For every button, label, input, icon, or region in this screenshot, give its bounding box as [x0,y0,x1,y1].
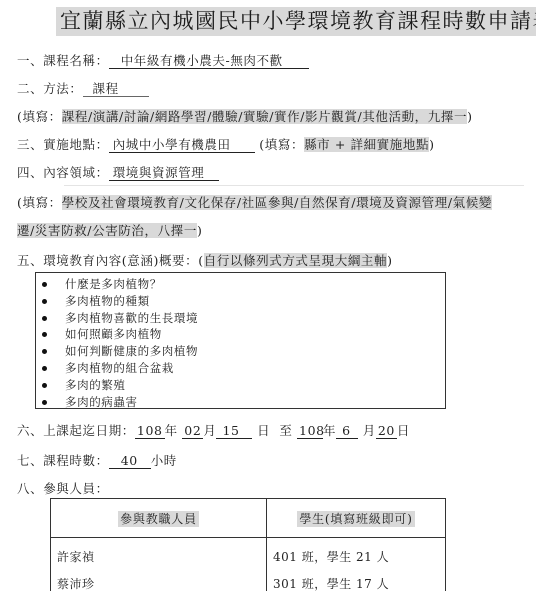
list-item: 多肉植物的組合盆栽 [36,360,445,377]
end-year[interactable]: 108 [297,424,323,439]
domain-options-1: 學校及社會環境教育/文化保存/社區參與/自然保育/環境及資源管理/氣候變 [62,195,492,210]
bullet-icon [42,332,47,337]
hours-value[interactable]: 40 [109,454,151,469]
method-hint: (填寫：課程/演講/討論/網路學習/體驗/實驗/實作/影片觀賞/其他活動，九擇一… [17,108,473,126]
domain-value[interactable]: 環境與資源管理 [109,166,219,181]
students-cell[interactable]: 301 班，學生 17 人 [267,570,446,591]
course-name-value[interactable]: 中年級有機小農夫-無肉不歡 [109,54,309,69]
location-hint: 縣市 + 詳細實施地點 [304,137,429,152]
staff-cell[interactable]: 許家禎 [51,538,267,571]
bullet-icon [42,316,47,321]
bullet-icon [42,349,47,354]
bullet-icon [42,299,47,304]
start-day[interactable]: 15 [216,424,252,439]
content-hint: 自行以條列式方式呈現大綱主軸 [204,253,387,268]
dates-row: 六、上課起迄日期：108年 02月15 日 至 108年6 月20日 [17,422,410,440]
method-value[interactable]: 課程 [83,82,149,97]
list-item: 多肉的病蟲害 [36,394,445,411]
bullet-icon [42,383,47,388]
bullet-icon [42,400,47,405]
domain-options-2: 遷/災害防救/公害防治，八擇一 [17,223,197,238]
list-item: 多肉的繁殖 [36,377,445,394]
list-item: 什麼是多肉植物？ [36,276,445,293]
domain-label: 四、內容領域： [17,165,109,180]
course-name-label: 一、課程名稱： [17,53,109,68]
location-value[interactable]: 內城中小學有機農田 [109,138,255,153]
list-item: 多肉植物喜歡的生長環境 [36,310,445,327]
end-day[interactable]: 20 [376,424,397,439]
domain-hint-line1: (填寫：學校及社會環境教育/文化保存/社區參與/自然保育/環境及資源管理/氣候變 [17,194,492,212]
end-month[interactable]: 6 [336,424,358,439]
start-year[interactable]: 108 [135,424,165,439]
hours-row: 七、課程時數：40小時 [17,452,177,470]
list-item: 多肉植物的種類 [36,293,445,310]
content-outline-box[interactable]: 什麼是多肉植物？ 多肉植物的種類 多肉植物喜歡的生長環境 如何照顧多肉植物 如何… [35,272,446,409]
table-row: 蔡沛珍 301 班，學生 17 人 [51,570,446,591]
list-item: 如何照顧多肉植物 [36,326,445,343]
staff-cell[interactable]: 蔡沛珍 [51,570,267,591]
method-options: 課程/演講/討論/網路學習/體驗/實驗/實作/影片觀賞/其他活動，九擇一 [62,109,467,124]
header-students: 學生(填寫班級即可) [267,499,446,538]
table-row: 許家禎 401 班，學生 21 人 [51,538,446,571]
method-label: 二、方法： [17,81,83,96]
page-title: 宜蘭縣立內城國民中小學環境教育課程時數申請表 [56,7,536,36]
content-label: 五、環境教育內容(意涵)概要：( [17,253,204,268]
students-cell[interactable]: 401 班，學生 21 人 [267,538,446,571]
start-month[interactable]: 02 [182,424,203,439]
list-item: 如何判斷健康的多肉植物 [36,343,445,360]
header-staff: 參與教職人員 [51,499,267,538]
location-row: 三、實施地點：內城中小學有機農田 (填寫：縣市 + 詳細實施地點) [17,136,435,154]
bullet-icon [42,366,47,371]
dates-label: 六、上課起迄日期： [17,423,135,438]
location-label: 三、實施地點： [17,137,109,152]
domain-hint-line2: 遷/災害防救/公害防治，八擇一) [17,222,202,240]
participants-table: 參與教職人員 學生(填寫班級即可) 許家禎 401 班，學生 21 人 蔡沛珍 … [50,498,446,591]
course-name-row: 一、課程名稱：中年級有機小農夫-無肉不歡 [17,52,309,70]
participants-label: 八、參與人員： [17,480,109,498]
divider [64,185,524,186]
domain-row: 四、內容領域：環境與資源管理 [17,164,219,182]
method-row: 二、方法：課程 [17,80,149,98]
content-row: 五、環境教育內容(意涵)概要：(自行以條列式方式呈現大綱主軸) [17,252,393,270]
bullet-icon [42,282,47,287]
hours-label: 七、課程時數： [17,453,109,468]
